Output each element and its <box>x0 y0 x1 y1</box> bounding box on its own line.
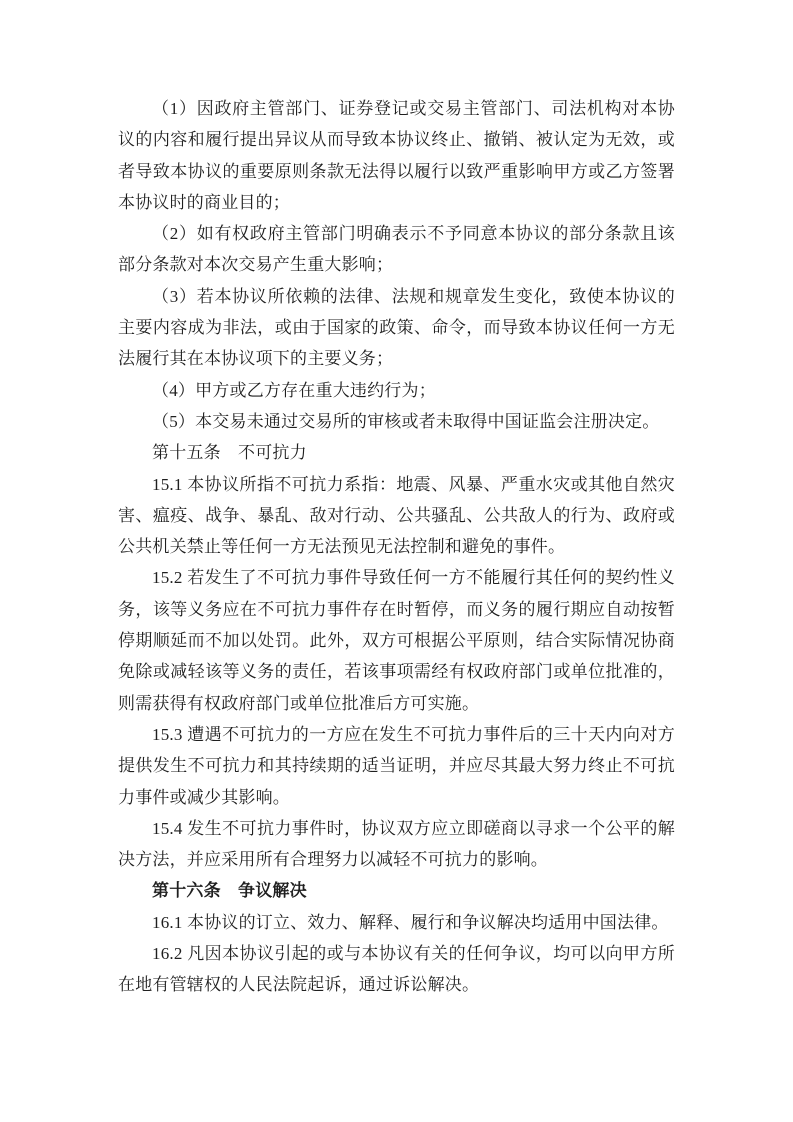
paragraph: （3）若本协议所依赖的法律、法规和规章发生变化，致使本协议的主要内容成为非法，或… <box>118 281 675 375</box>
paragraph: 15.3 遭遇不可抗力的一方应在发生不可抗力事件后的三十天内向对方提供发生不可抗… <box>118 719 675 813</box>
paragraph: 16.1 本协议的订立、效力、解释、履行和争议解决均适用中国法律。 <box>118 907 675 938</box>
paragraph: （5）本交易未通过交易所的审核或者未取得中国证监会注册决定。 <box>118 406 675 437</box>
paragraph: 16.2 凡因本协议引起的或与本协议有关的任何争议，均可以向甲方所在地有管辖权的… <box>118 938 675 1001</box>
article-heading: 第十五条 不可抗力 <box>118 437 675 468</box>
paragraph: 15.2 若发生了不可抗力事件导致任何一方不能履行其任何的契约性义务，该等义务应… <box>118 562 675 718</box>
document-page: （1）因政府主管部门、证券登记或交易主管部门、司法机构对本协议的内容和履行提出异… <box>0 0 793 1122</box>
paragraph: （1）因政府主管部门、证券登记或交易主管部门、司法机构对本协议的内容和履行提出异… <box>118 93 675 218</box>
paragraph: 15.4 发生不可抗力事件时，协议双方应立即磋商以寻求一个公平的解决方法，并应采… <box>118 813 675 876</box>
document-content: （1）因政府主管部门、证券登记或交易主管部门、司法机构对本协议的内容和履行提出异… <box>118 93 675 1001</box>
paragraph: （4）甲方或乙方存在重大违约行为； <box>118 375 675 406</box>
paragraph: （2）如有权政府主管部门明确表示不予同意本协议的部分条款且该部分条款对本次交易产… <box>118 218 675 281</box>
paragraph: 15.1 本协议所指不可抗力系指：地震、风暴、严重水灾或其他自然灾害、瘟疫、战争… <box>118 469 675 563</box>
article-heading: 第十六条 争议解决 <box>118 875 675 906</box>
